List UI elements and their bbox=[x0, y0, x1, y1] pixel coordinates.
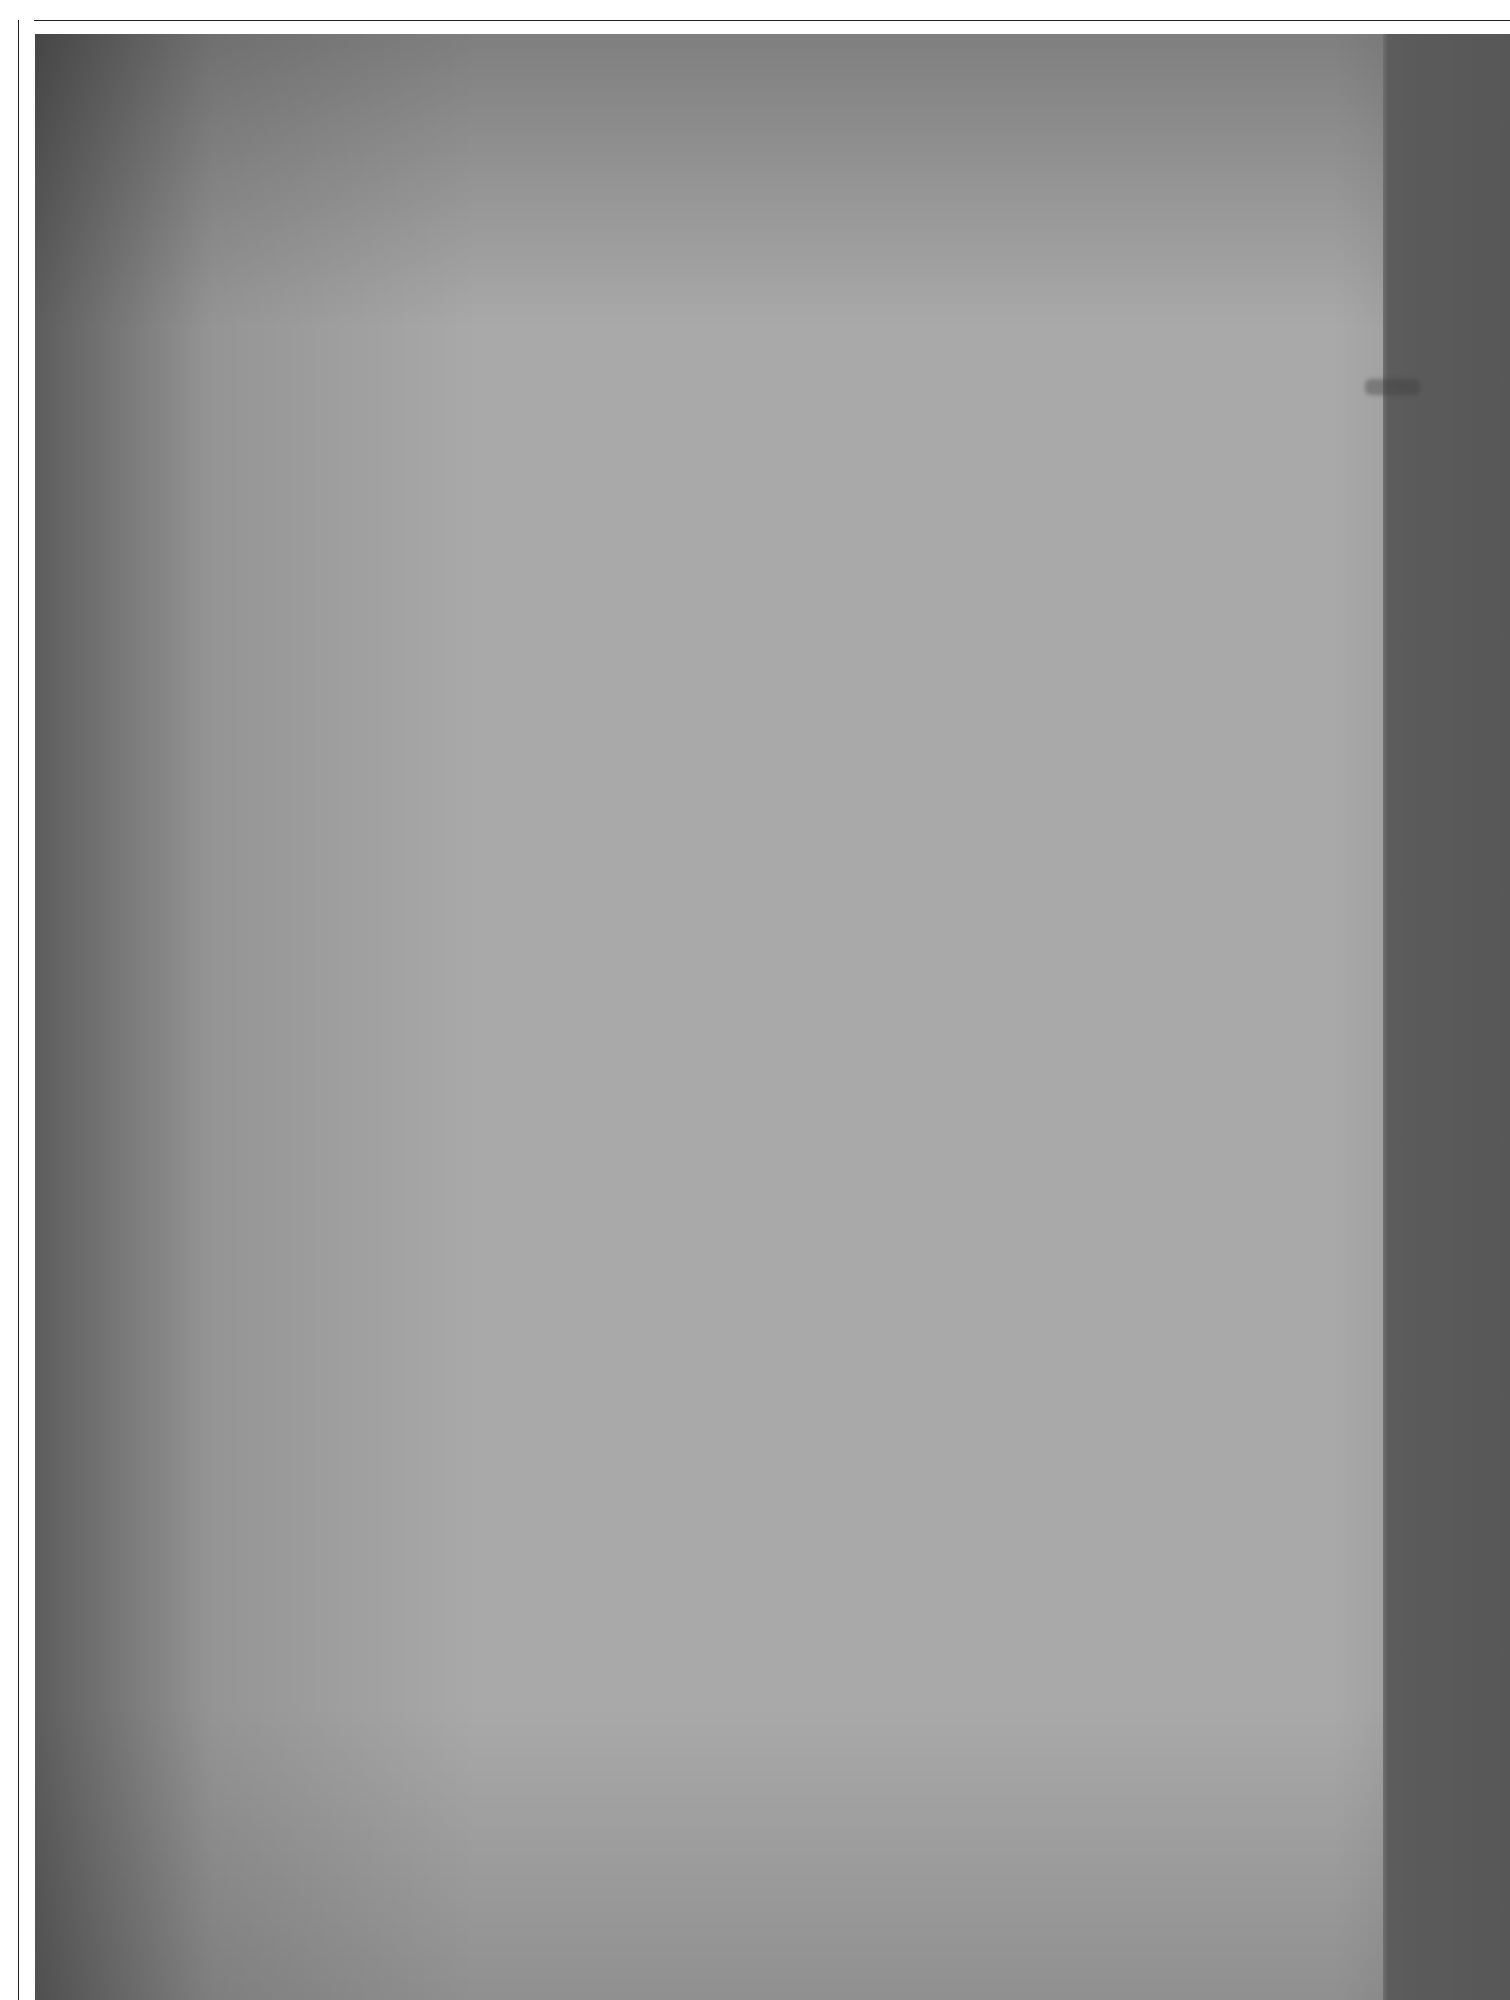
ruler-left bbox=[0, 0, 34, 2000]
dark-edge-band bbox=[1383, 34, 1510, 2000]
margin-note bbox=[1365, 379, 1420, 395]
ruler-top-baseline bbox=[18, 20, 1510, 21]
ruler-top bbox=[0, 0, 1510, 34]
manuscript-scan bbox=[35, 34, 1510, 2000]
ruler-left-baseline bbox=[18, 20, 19, 2000]
